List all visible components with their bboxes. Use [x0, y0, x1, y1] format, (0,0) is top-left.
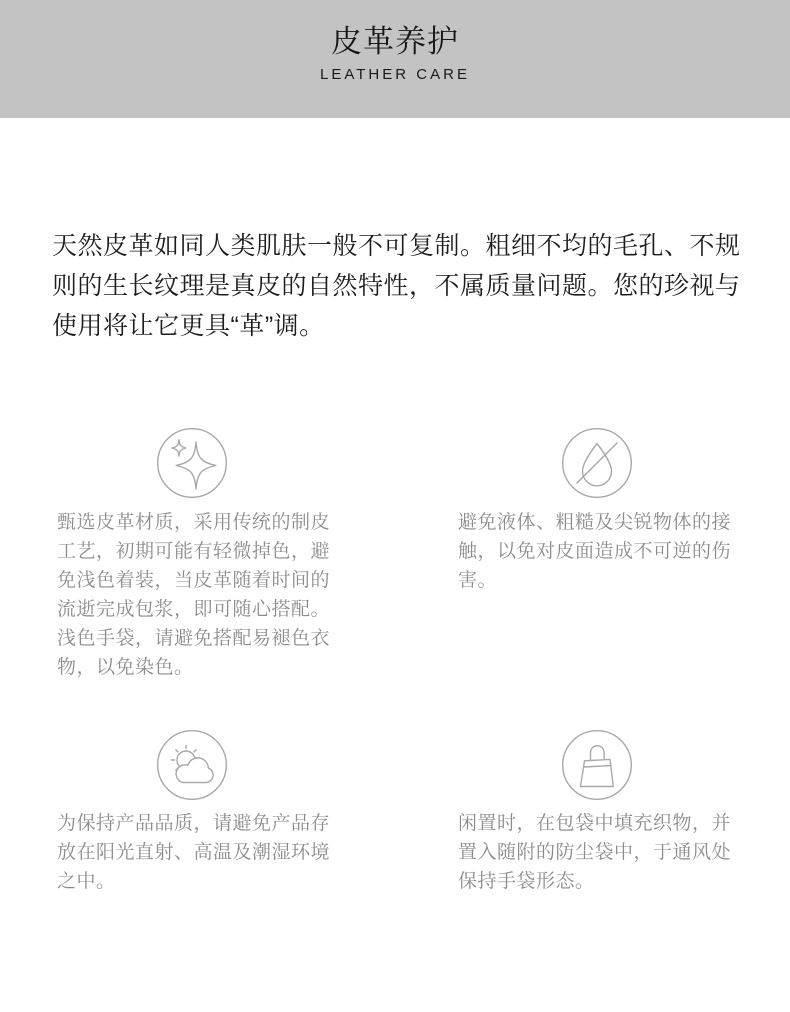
- sun-cloud-icon: [156, 729, 228, 801]
- feature-text-sunlight: 为保持产品品质，请避免产品存 放在阳光直射、高温及潮湿环境 之中。: [57, 809, 369, 896]
- section-header: 皮革养护 LEATHER CARE: [0, 0, 790, 118]
- feature-text-storage: 闲置时，在包袋中填充织物，并 置入随附的防尘袋中，于通风处 保持手袋形态。: [458, 809, 770, 896]
- feature-text-liquids: 避免液体、粗糙及尖锐物体的接 触，以免对皮面造成不可逆的伤 害。: [458, 508, 770, 595]
- leather-care-page: 皮革养护 LEATHER CARE 天然皮革如同人类肌肤一般不可复制。粗细不均的…: [0, 0, 790, 1012]
- page-title: 皮革养护: [0, 0, 790, 60]
- no-liquid-icon: [561, 427, 633, 499]
- handbag-icon: [561, 729, 633, 801]
- sparkle-icon: [156, 427, 228, 499]
- page-subtitle: LEATHER CARE: [0, 66, 790, 84]
- intro-paragraph: 天然皮革如同人类肌肤一般不可复制。粗细不均的毛孔、不规 则的生长纹理是真皮的自然…: [52, 226, 752, 346]
- feature-text-material: 甄选皮革材质，采用传统的制皮 工艺，初期可能有轻微掉色，避 免浅色着装，当皮革随…: [57, 508, 369, 682]
